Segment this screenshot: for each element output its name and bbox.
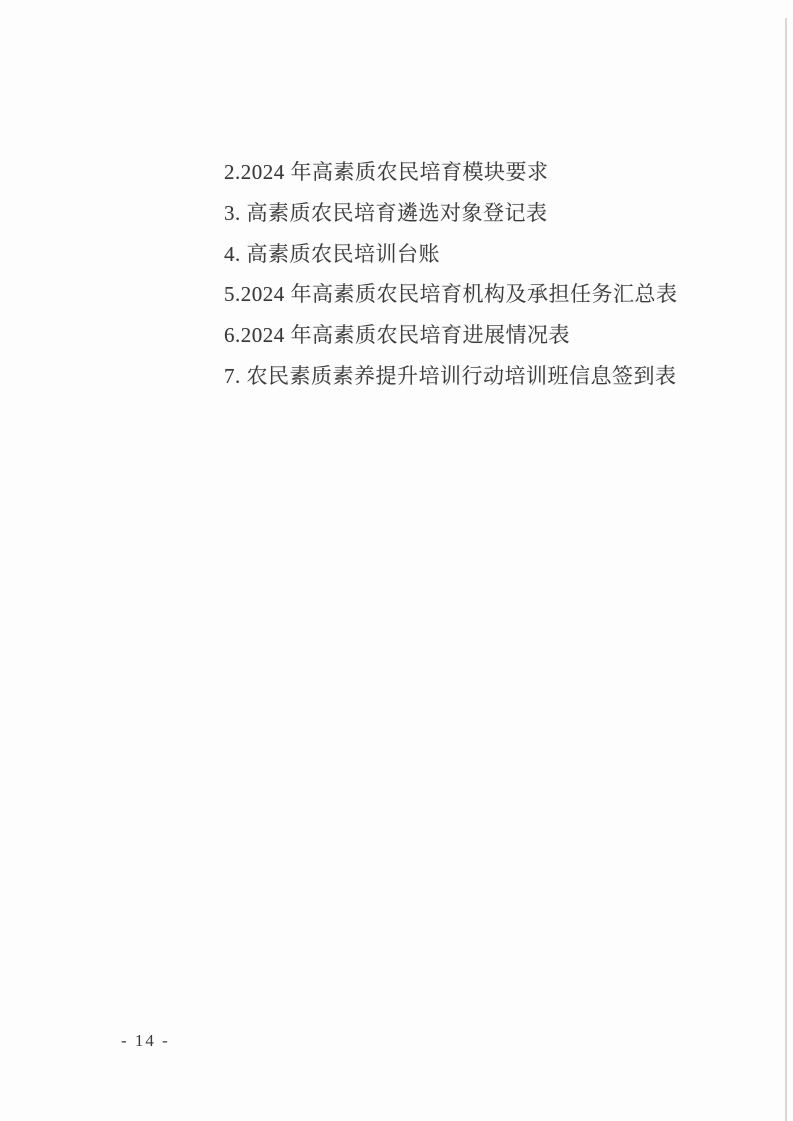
scan-edge-artifact — [785, 18, 787, 1121]
attachment-list-item: 6.2024 年高素质农民培育进展情况表 — [224, 315, 678, 356]
attachment-list: 2.2024 年高素质农民培育模块要求 3. 高素质农民培育遴选对象登记表 4.… — [224, 152, 678, 397]
attachment-list-item: 4. 高素质农民培训台账 — [224, 234, 678, 275]
attachment-list-item: 3. 高素质农民培育遴选对象登记表 — [224, 193, 678, 234]
attachment-list-item: 7. 农民素质素养提升培训行动培训班信息签到表 — [224, 356, 678, 397]
attachment-list-item: 2.2024 年高素质农民培育模块要求 — [224, 152, 678, 193]
page-number: - 14 - — [121, 1031, 170, 1051]
attachment-list-item: 5.2024 年高素质农民培育机构及承担任务汇总表 — [224, 274, 678, 315]
document-page: 2.2024 年高素质农民培育模块要求 3. 高素质农民培育遴选对象登记表 4.… — [0, 0, 793, 1121]
